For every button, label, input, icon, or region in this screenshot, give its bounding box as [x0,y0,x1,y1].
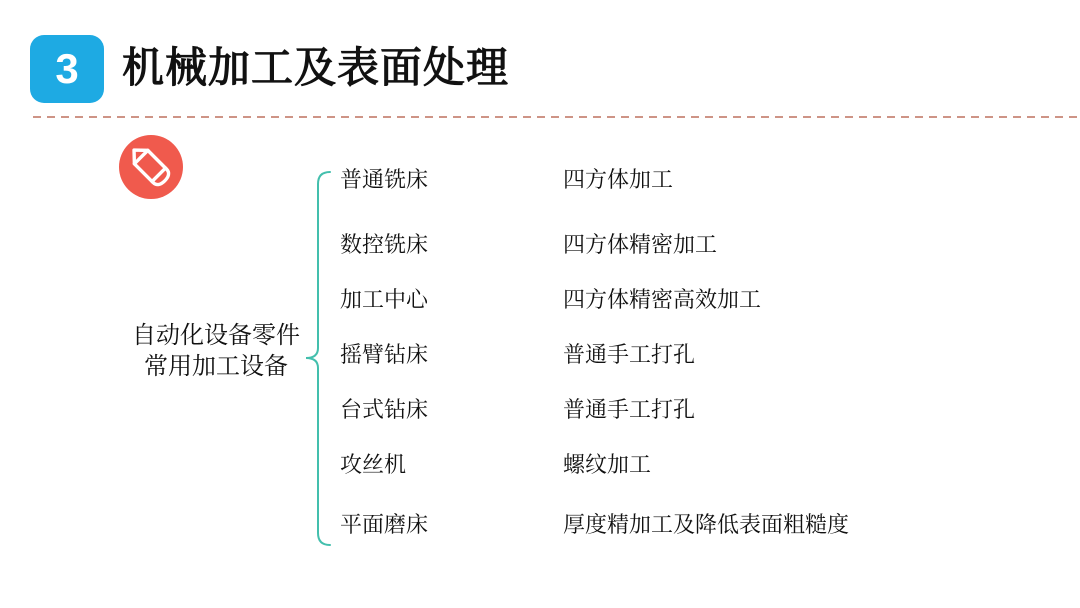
root-label-line2: 常用加工设备 [122,351,310,382]
equipment-row: 摇臂钻床普通手工打孔 [340,342,695,368]
equipment-row: 普通铣床四方体加工 [340,167,673,193]
equipment-purpose: 普通手工打孔 [563,397,695,422]
equipment-name: 普通铣床 [340,167,563,193]
pencil-icon [119,135,183,199]
equipment-row: 台式钻床普通手工打孔 [340,397,695,423]
equipment-purpose: 厚度精加工及降低表面粗糙度 [563,512,849,537]
equipment-name: 平面磨床 [340,512,563,538]
equipment-purpose: 四方体精密高效加工 [563,287,761,312]
diagram-root-label: 自动化设备零件 常用加工设备 [122,320,310,382]
equipment-purpose: 四方体精密加工 [563,232,717,257]
equipment-name: 加工中心 [340,287,563,313]
equipment-purpose: 普通手工打孔 [563,342,695,367]
equipment-name: 数控铣床 [340,232,563,258]
equipment-row: 加工中心四方体精密高效加工 [340,287,761,313]
equipment-row: 数控铣床四方体精密加工 [340,232,717,258]
equipment-name: 台式钻床 [340,397,563,423]
slide-title: 机械加工及表面处理 [122,40,509,96]
brace-connector-icon [300,165,336,555]
equipment-purpose: 四方体加工 [563,167,673,192]
equipment-name: 摇臂钻床 [340,342,563,368]
equipment-purpose: 螺纹加工 [563,452,651,477]
equipment-row: 平面磨床厚度精加工及降低表面粗糙度 [340,512,849,538]
dashed-divider [33,116,1077,118]
section-number-badge: 3 [30,35,104,103]
equipment-name: 攻丝机 [340,452,563,478]
presentation-slide: 3 机械加工及表面处理 自动化设备零件 常用加工设备 普通铣床四方体加工 数控铣… [0,0,1080,608]
root-label-line1: 自动化设备零件 [122,320,310,351]
equipment-row: 攻丝机螺纹加工 [340,452,651,478]
